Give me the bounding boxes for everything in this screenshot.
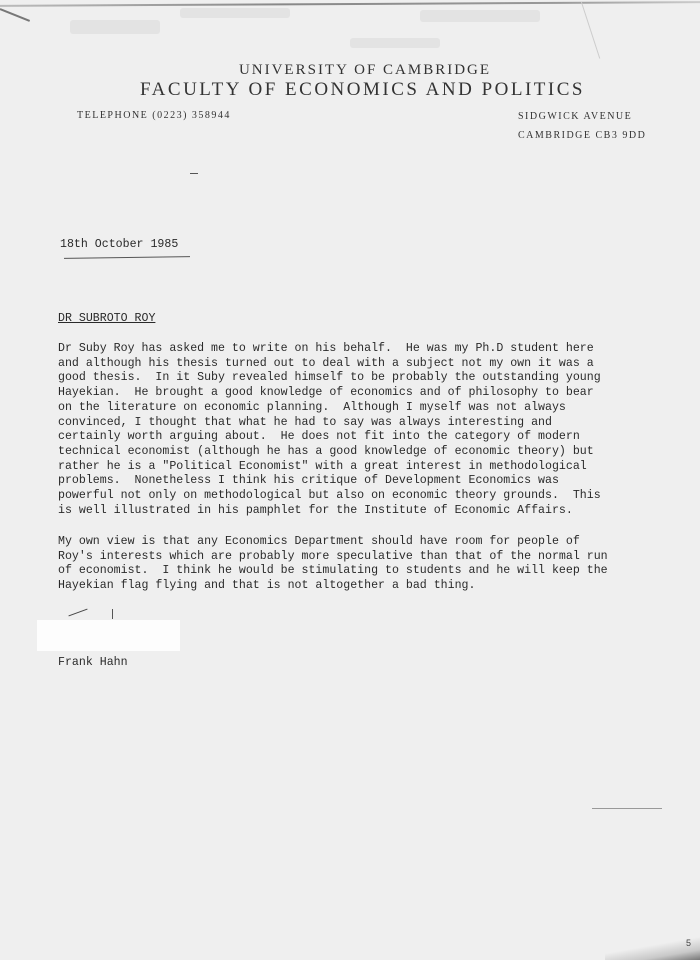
page-fold-mark <box>0 8 30 22</box>
paragraph-line: Dr Suby Roy has asked me to write on his… <box>58 342 601 357</box>
paragraph-line: powerful not only on methodological but … <box>58 489 601 504</box>
paragraph-line: certainly worth arguing about. He does n… <box>58 430 601 445</box>
paragraph-line: of economist. I think he would be stimul… <box>58 564 608 579</box>
paragraph-line: technical economist (although he has a g… <box>58 445 601 460</box>
date-underline <box>64 256 190 259</box>
letterhead-faculty: FACULTY OF ECONOMICS AND POLITICS <box>0 79 700 101</box>
signer-name: Frank Hahn <box>58 656 128 669</box>
paragraph-line: My own view is that any Economics Depart… <box>58 535 608 550</box>
signature-stroke <box>112 609 113 619</box>
paragraph-line: is well illustrated in his pamphlet for … <box>58 504 601 519</box>
paragraph-line: Hayekian. He brought a good knowledge of… <box>58 386 601 401</box>
letter-date: 18th October 1985 <box>60 238 178 251</box>
letterhead-address-city: CAMBRIDGE CB3 9DD <box>518 130 646 141</box>
stray-mark <box>190 173 198 174</box>
scan-smudge <box>180 8 290 18</box>
letter-paragraph-1: Dr Suby Roy has asked me to write on his… <box>58 342 601 518</box>
paragraph-line: good thesis. In it Suby revealed himself… <box>58 371 601 386</box>
paragraph-line: convinced, I thought that what he had to… <box>58 416 601 431</box>
signature-redaction <box>37 620 180 651</box>
letter-paragraph-2: My own view is that any Economics Depart… <box>58 535 608 594</box>
scan-smudge <box>350 38 440 48</box>
page-number: 5 <box>686 938 691 948</box>
stray-mark <box>592 808 662 809</box>
page-fold-mark <box>581 1 600 58</box>
letterhead-university: UNIVERSITY OF CAMBRIDGE <box>0 62 700 79</box>
letterhead-telephone: TELEPHONE (0223) 358944 <box>77 110 231 121</box>
letter-subject: DR SUBROTO ROY <box>58 312 155 325</box>
signature-stroke <box>68 609 87 617</box>
paragraph-line: and although his thesis turned out to de… <box>58 357 601 372</box>
paragraph-line: rather he is a "Political Economist" wit… <box>58 460 601 475</box>
paragraph-line: Roy's interests which are probably more … <box>58 550 608 565</box>
scan-smudge <box>70 20 160 34</box>
page-edge <box>0 1 700 7</box>
paragraph-line: Hayekian flag flying and that is not alt… <box>58 579 608 594</box>
letterhead-address-street: SIDGWICK AVENUE <box>518 111 632 122</box>
paragraph-line: problems. Nonetheless I think his critiq… <box>58 474 601 489</box>
paragraph-line: on the literature on economic planning. … <box>58 401 601 416</box>
scan-smudge <box>420 10 540 22</box>
